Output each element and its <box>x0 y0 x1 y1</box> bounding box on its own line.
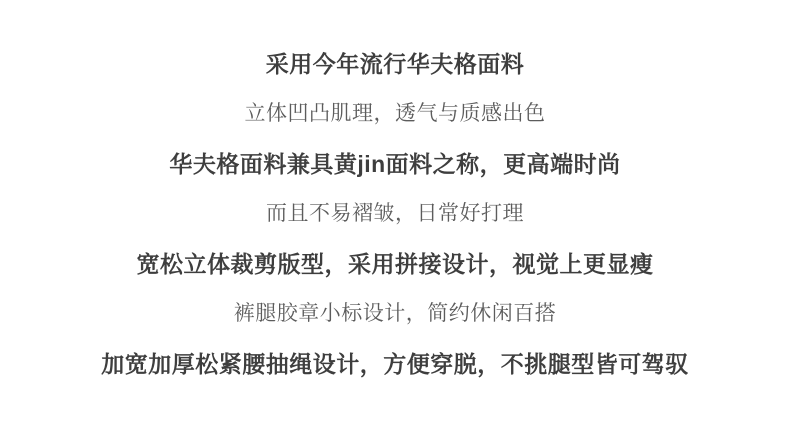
description-copy-block: 采用今年流行华夫格面料 立体凹凸肌理，透气与质感出色 华夫格面料兼具黄jin面料… <box>0 0 790 387</box>
description-line-fabric-quality: 华夫格面料兼具黄jin面料之称，更高端时尚 <box>169 137 620 187</box>
product-description-image: 采用今年流行华夫格面料 立体凹凸肌理，透气与质感出色 华夫格面料兼具黄jin面料… <box>0 0 790 433</box>
description-line-label-design: 裤腿胶章小标设计，简约休闲百搭 <box>234 287 557 337</box>
description-line-texture: 立体凹凸肌理，透气与质感出色 <box>245 87 546 137</box>
description-line-waist-design: 加宽加厚松紧腰抽绳设计，方便穿脱，不挑腿型皆可驾驭 <box>101 337 689 387</box>
description-line-loose-cut: 宽松立体裁剪版型，采用拼接设计，视觉上更显瘦 <box>137 237 654 287</box>
description-line-no-wrinkle: 而且不易褶皱，日常好打理 <box>266 187 524 237</box>
description-line-fabric-title: 采用今年流行华夫格面料 <box>266 37 525 87</box>
